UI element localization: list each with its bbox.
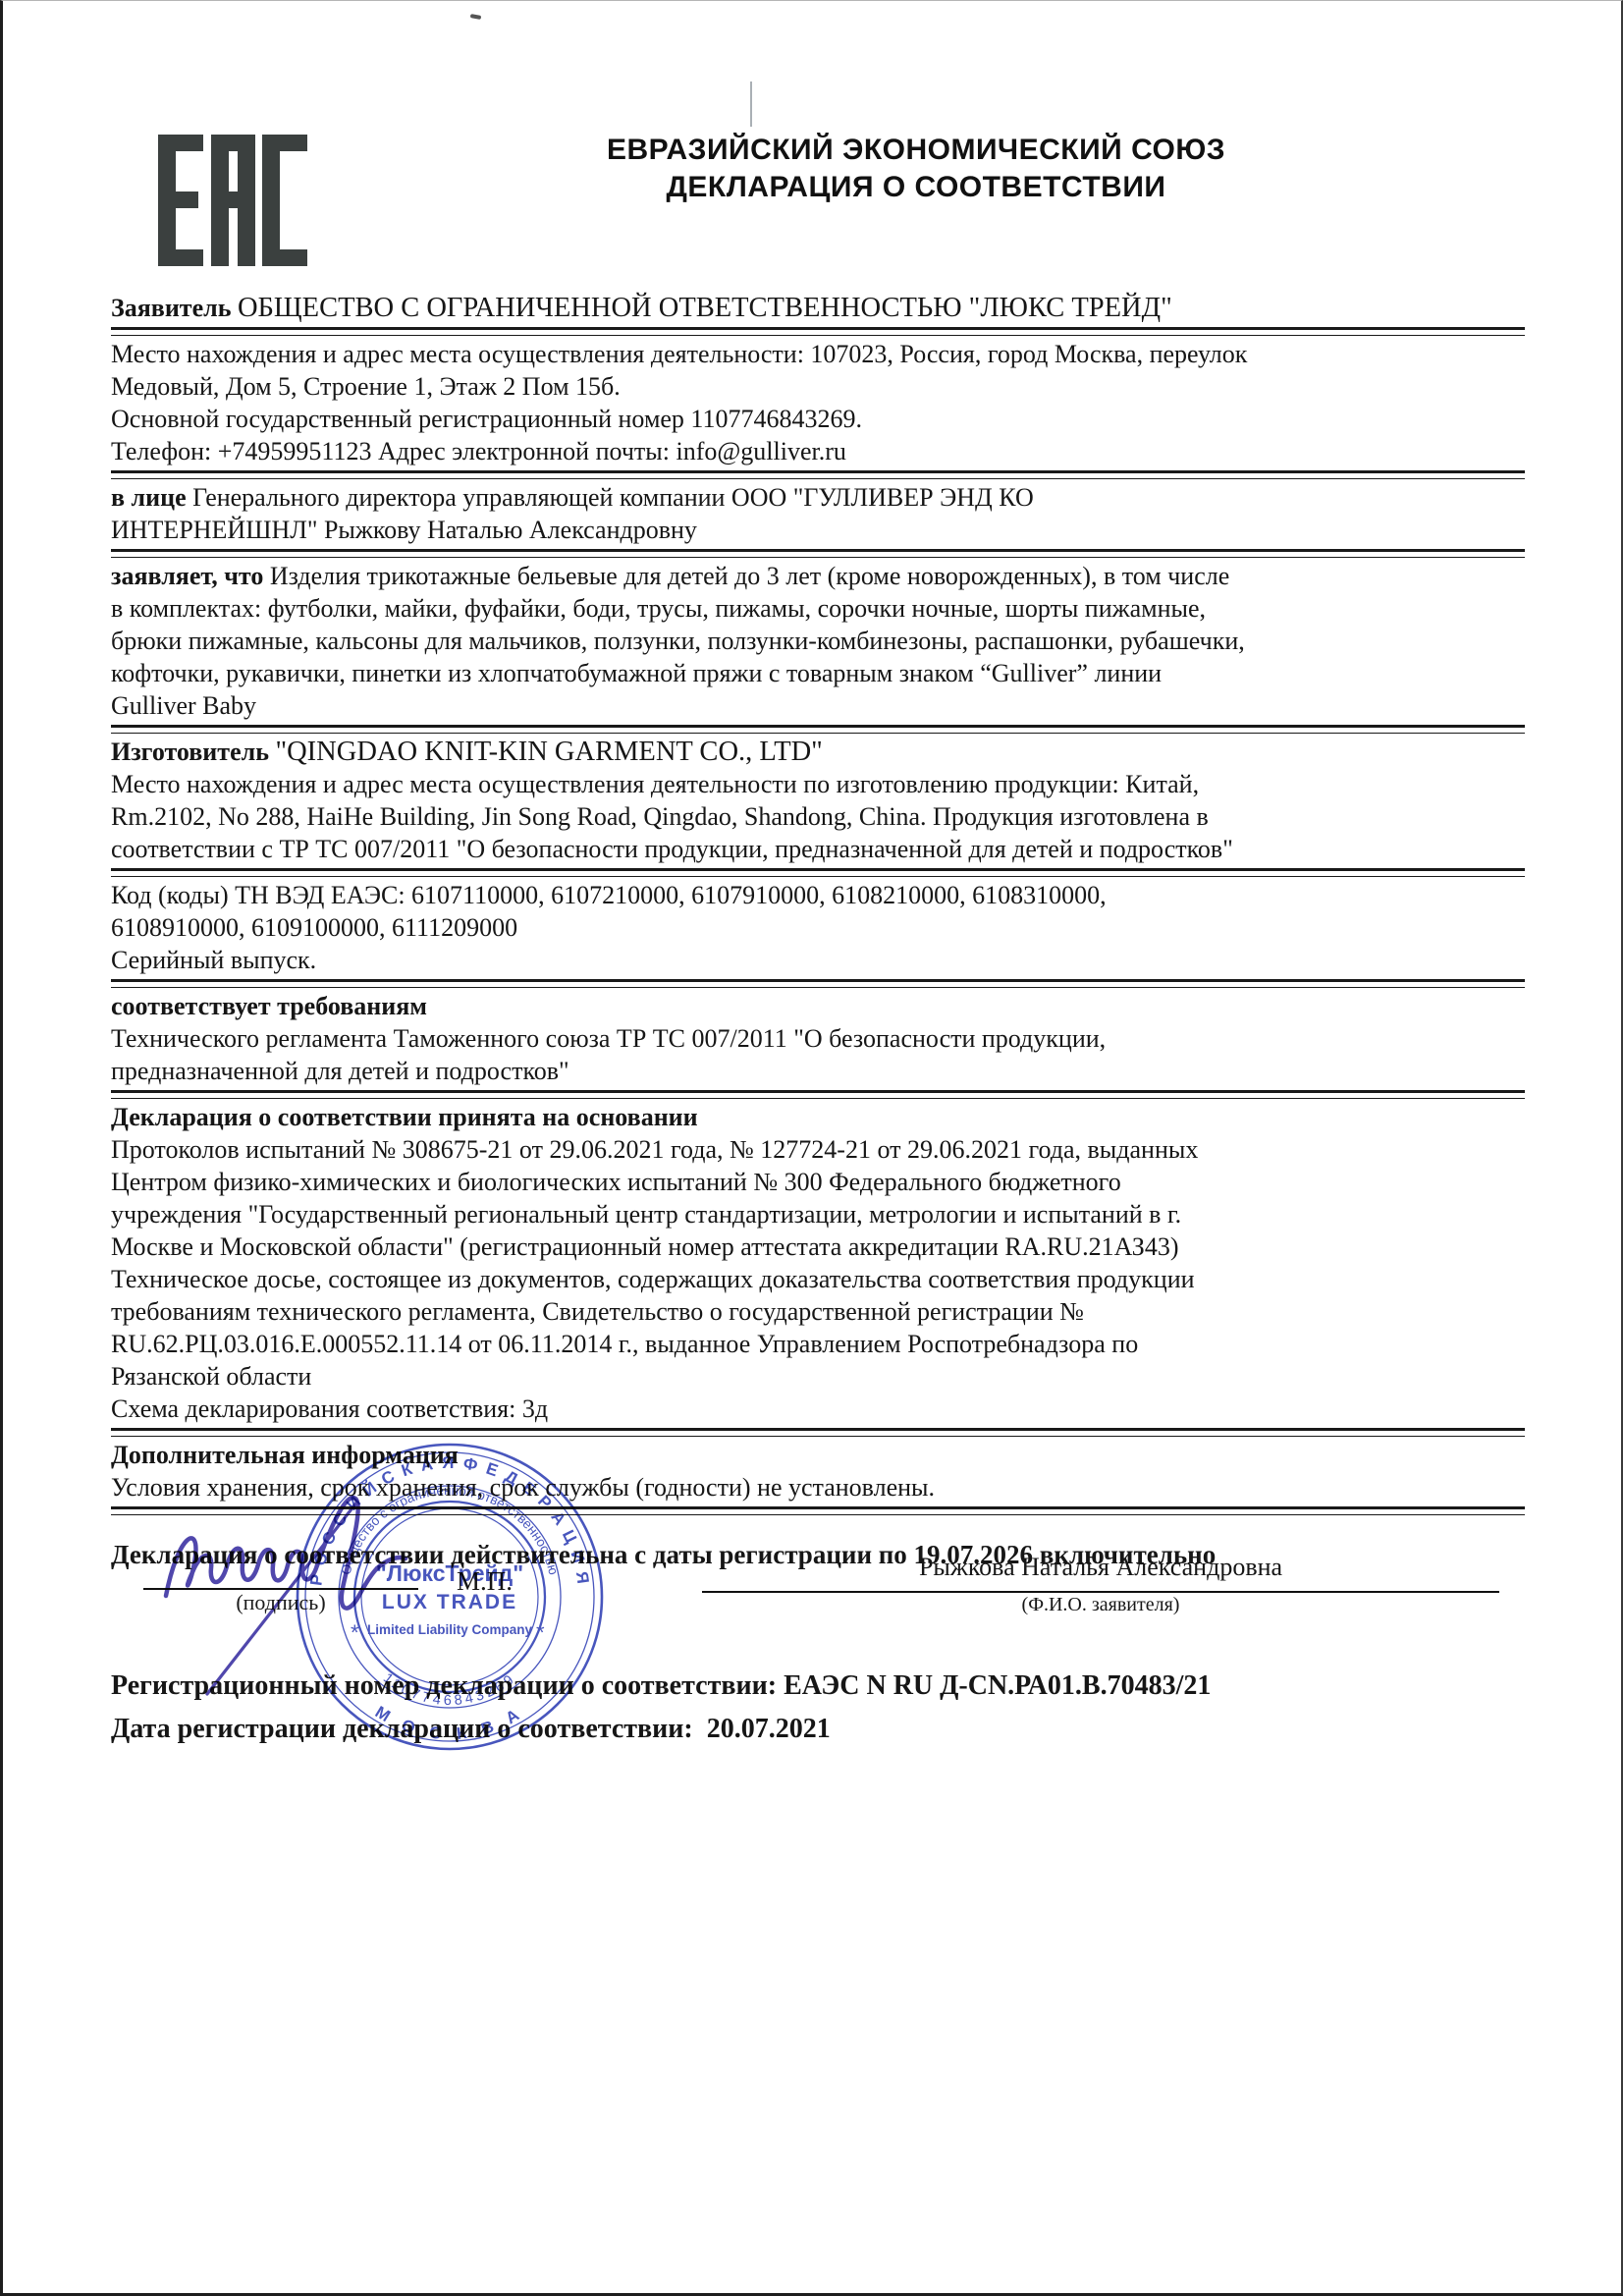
title-line-declaration: ДЕКЛАРАЦИЯ О СООТВЕТСТВИИ	[425, 169, 1407, 206]
declares-line: заявляет, что Изделия трикотажные бельев…	[111, 560, 1525, 722]
section-divider	[111, 725, 1525, 734]
applicant-name: ОБЩЕСТВО С ОГРАНИЧЕННОЙ ОТВЕТСТВЕННОСТЬЮ…	[238, 293, 1172, 323]
applicant-details: Место нахождения и адрес места осуществл…	[111, 338, 1525, 467]
declares-text: Изделия трикотажные бельевые для детей д…	[111, 562, 1245, 720]
declaration-document: ЕВРАЗИЙСКИЙ ЭКОНОМИЧЕСКИЙ СОЮЗ ДЕКЛАРАЦИ…	[0, 0, 1623, 2296]
declaration-scheme: Схема декларирования соответствия: 3д	[111, 1393, 1525, 1425]
declares-label: заявляет, что	[111, 562, 263, 590]
section-divider	[111, 1428, 1525, 1437]
tnved-codes: Код (коды) ТН ВЭД ЕАЭС: 6107110000, 6107…	[111, 879, 1525, 976]
document-title: ЕВРАЗИЙСКИЙ ЭКОНОМИЧЕСКИЙ СОЮЗ ДЕКЛАРАЦИ…	[425, 132, 1407, 206]
compliance-text: Технического регламента Таможенного союз…	[111, 1022, 1525, 1087]
manufacturer-name: "QINGDAO KNIT-KIN GARMENT CO., LTD"	[275, 737, 822, 767]
section-divider	[111, 327, 1525, 336]
handwritten-signature	[138, 1466, 462, 1717]
scan-fold-mark	[750, 82, 752, 127]
basis-heading: Декларация о соответствии принята на осн…	[111, 1101, 1525, 1133]
manufacturer-line: Изготовитель "QINGDAO KNIT-KIN GARMENT C…	[111, 736, 1525, 768]
person-text: Генерального директора управляющей компа…	[111, 483, 1034, 544]
basis-text: Протоколов испытаний № 308675-21 от 29.0…	[111, 1133, 1525, 1393]
declarant-block: Рыжкова Наталья Александровна (Ф.И.О. за…	[702, 1553, 1499, 1616]
section-divider	[111, 868, 1525, 877]
document-body: Заявитель ОБЩЕСТВО С ОГРАНИЧЕННОЙ ОТВЕТС…	[111, 292, 1525, 1571]
registration-date-value: 20.07.2021	[707, 1714, 831, 1744]
applicant-line: Заявитель ОБЩЕСТВО С ОГРАНИЧЕННОЙ ОТВЕТС…	[111, 292, 1525, 324]
person-line: в лице Генерального директора управляюще…	[111, 481, 1525, 546]
eac-logo	[158, 135, 307, 271]
title-line-union: ЕВРАЗИЙСКИЙ ЭКОНОМИЧЕСКИЙ СОЮЗ	[425, 132, 1407, 169]
section-divider	[111, 979, 1525, 988]
declarant-caption: (Ф.И.О. заявителя)	[702, 1593, 1499, 1616]
compliance-heading: соответствует требованиям	[111, 990, 1525, 1022]
section-divider	[111, 1090, 1525, 1099]
applicant-label: Заявитель	[111, 294, 231, 322]
declarant-name: Рыжкова Наталья Александровна	[702, 1553, 1499, 1582]
person-label: в лице	[111, 483, 187, 512]
scan-speck	[470, 14, 482, 20]
section-divider	[111, 470, 1525, 479]
section-divider	[111, 549, 1525, 558]
stamp-star-right: *	[536, 1620, 545, 1645]
registration-number-value: ЕАЭС N RU Д-CN.РА01.В.70483/21	[784, 1670, 1211, 1701]
manufacturer-details: Место нахождения и адрес места осуществл…	[111, 768, 1525, 865]
manufacturer-label: Изготовитель	[111, 738, 269, 766]
eac-logo-graphic	[158, 135, 307, 266]
